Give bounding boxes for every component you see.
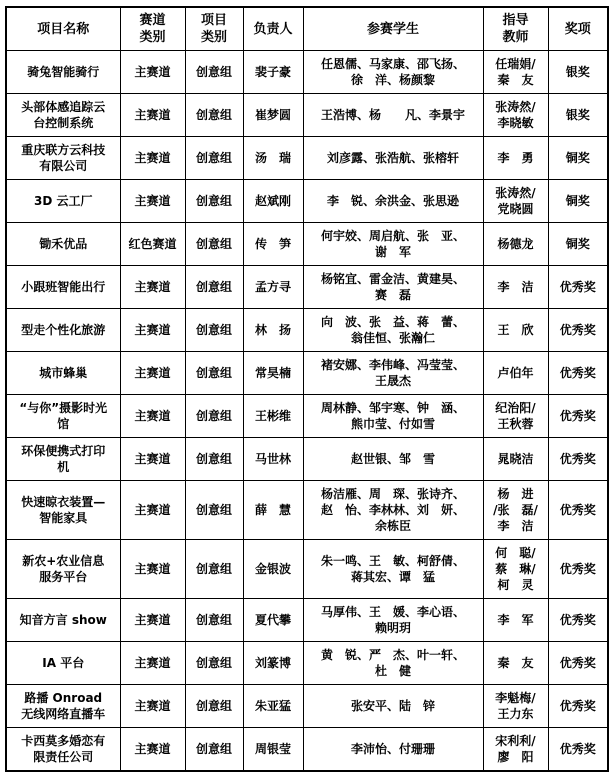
cell-category: 创意组 (185, 180, 243, 223)
cell-category: 创意组 (185, 352, 243, 395)
cell-track: 红色赛道 (120, 223, 185, 266)
cell-students: 李 锐、余洪金、张思逊 (303, 180, 483, 223)
cell-teachers: 任瑞娟/ 秦 友 (483, 51, 548, 94)
cell-track: 主赛道 (120, 599, 185, 642)
table-header: 项目名称赛道 类别项目 类别负责人参赛学生指导 教师奖项 (6, 7, 608, 51)
cell-category: 创意组 (185, 266, 243, 309)
cell-students: 褚安娜、李伟峰、冯莹莹、 王晟杰 (303, 352, 483, 395)
table-row: 知音方言 show主赛道创意组夏代攀马厚伟、王 媛、李心语、 赖明玥李 军优秀奖 (6, 599, 608, 642)
cell-category: 创意组 (185, 223, 243, 266)
column-header-students: 参赛学生 (303, 7, 483, 51)
cell-award: 铜奖 (548, 223, 608, 266)
cell-leader: 刘篆博 (243, 642, 303, 685)
cell-track: 主赛道 (120, 180, 185, 223)
cell-teachers: 李 勇 (483, 137, 548, 180)
cell-teachers: 王 欣 (483, 309, 548, 352)
cell-category: 创意组 (185, 51, 243, 94)
column-header-award: 奖项 (548, 7, 608, 51)
cell-category: 创意组 (185, 728, 243, 772)
cell-students: 周林静、邹宇寒、钟 涵、 熊巾莹、付如雪 (303, 395, 483, 438)
column-header-teachers: 指导 教师 (483, 7, 548, 51)
cell-project: 环保便携式打印机 (6, 438, 120, 481)
table-body: 骑兔智能骑行主赛道创意组裴子豪任恩儒、马家康、邵飞扬、 徐 洋、杨颜黎任瑞娟/ … (6, 51, 608, 772)
cell-students: 赵世银、邹 雪 (303, 438, 483, 481)
cell-award: 铜奖 (548, 180, 608, 223)
cell-students: 李沛怡、付珊珊 (303, 728, 483, 772)
table-row: 骑兔智能骑行主赛道创意组裴子豪任恩儒、马家康、邵飞扬、 徐 洋、杨颜黎任瑞娟/ … (6, 51, 608, 94)
cell-award: 优秀奖 (548, 395, 608, 438)
table-row: 小跟班智能出行主赛道创意组孟方寻杨铭宜、雷金洁、黄建昊、 赛 磊李 洁优秀奖 (6, 266, 608, 309)
table-row: 新农+农业信息服务平台主赛道创意组金银波朱一鸣、王 敏、柯舒倩、 蒋其宏、谭 猛… (6, 540, 608, 599)
table-row: 头部体感追踪云台控制系统主赛道创意组崔梦圆王浩博、杨 凡、李景宇张涛然/ 李晓敏… (6, 94, 608, 137)
cell-track: 主赛道 (120, 352, 185, 395)
table-row: 快速晾衣装置—智能家具主赛道创意组薛 慧杨洁雁、周 琛、张诗齐、 赵 怡、李林林… (6, 481, 608, 540)
cell-track: 主赛道 (120, 94, 185, 137)
cell-teachers: 杨 进 /张 磊/ 李 洁 (483, 481, 548, 540)
cell-students: 任恩儒、马家康、邵飞扬、 徐 洋、杨颜黎 (303, 51, 483, 94)
cell-project: 小跟班智能出行 (6, 266, 120, 309)
cell-track: 主赛道 (120, 481, 185, 540)
cell-category: 创意组 (185, 438, 243, 481)
cell-leader: 周银莹 (243, 728, 303, 772)
table-row: 重庆联方云科技有限公司主赛道创意组汤 瑞刘彦露、张浩航、张榕轩李 勇铜奖 (6, 137, 608, 180)
cell-leader: 孟方寻 (243, 266, 303, 309)
cell-project: 骑兔智能骑行 (6, 51, 120, 94)
cell-teachers: 秦 友 (483, 642, 548, 685)
table-row: 型走个性化旅游主赛道创意组林 扬向 波、张 益、蒋 蕾、 翁佳恒、张瀚仁王 欣优… (6, 309, 608, 352)
cell-teachers: 张涛然/ 党晓圆 (483, 180, 548, 223)
cell-track: 主赛道 (120, 51, 185, 94)
cell-students: 杨洁雁、周 琛、张诗齐、 赵 怡、李林林、刘 妍、 余栋臣 (303, 481, 483, 540)
cell-category: 创意组 (185, 395, 243, 438)
cell-award: 优秀奖 (548, 438, 608, 481)
cell-students: 王浩博、杨 凡、李景宇 (303, 94, 483, 137)
cell-track: 主赛道 (120, 438, 185, 481)
cell-teachers: 李魁梅/ 王力东 (483, 685, 548, 728)
column-header-leader: 负责人 (243, 7, 303, 51)
cell-project: 城市蜂巢 (6, 352, 120, 395)
cell-track: 主赛道 (120, 685, 185, 728)
cell-students: 黄 锐、严 杰、叶一轩、 杜 健 (303, 642, 483, 685)
cell-leader: 薛 慧 (243, 481, 303, 540)
cell-teachers: 晁晓洁 (483, 438, 548, 481)
cell-teachers: 张涛然/ 李晓敏 (483, 94, 548, 137)
cell-category: 创意组 (185, 481, 243, 540)
cell-teachers: 宋利利/ 廖 阳 (483, 728, 548, 772)
table-row: 路播 Onroad 无线网络直播车主赛道创意组朱亚猛张安平、陆 锌李魁梅/ 王力… (6, 685, 608, 728)
cell-teachers: 何 聪/ 蔡 琳/ 柯 灵 (483, 540, 548, 599)
cell-leader: 汤 瑞 (243, 137, 303, 180)
table-row: “与你”摄影时光馆主赛道创意组王彬维周林静、邹宇寒、钟 涵、 熊巾莹、付如雪纪治… (6, 395, 608, 438)
cell-teachers: 杨德龙 (483, 223, 548, 266)
cell-award: 优秀奖 (548, 728, 608, 772)
table-row: 锄禾优品红色赛道创意组传 笋何宇姣、周启航、张 亚、 谢 军杨德龙铜奖 (6, 223, 608, 266)
cell-project: 3D 云工厂 (6, 180, 120, 223)
cell-award: 优秀奖 (548, 642, 608, 685)
cell-leader: 朱亚猛 (243, 685, 303, 728)
cell-teachers: 李 军 (483, 599, 548, 642)
cell-category: 创意组 (185, 642, 243, 685)
cell-students: 杨铭宜、雷金洁、黄建昊、 赛 磊 (303, 266, 483, 309)
cell-award: 优秀奖 (548, 309, 608, 352)
header-row: 项目名称赛道 类别项目 类别负责人参赛学生指导 教师奖项 (6, 7, 608, 51)
cell-leader: 裴子豪 (243, 51, 303, 94)
cell-leader: 王彬维 (243, 395, 303, 438)
cell-project: 快速晾衣装置—智能家具 (6, 481, 120, 540)
cell-award: 优秀奖 (548, 685, 608, 728)
column-header-category: 项目 类别 (185, 7, 243, 51)
cell-leader: 马世林 (243, 438, 303, 481)
cell-award: 优秀奖 (548, 481, 608, 540)
cell-award: 优秀奖 (548, 599, 608, 642)
column-header-project: 项目名称 (6, 7, 120, 51)
table-row: 3D 云工厂主赛道创意组赵斌刚李 锐、余洪金、张思逊张涛然/ 党晓圆铜奖 (6, 180, 608, 223)
table-row: 卡西莫多婚恋有限责任公司主赛道创意组周银莹李沛怡、付珊珊宋利利/ 廖 阳优秀奖 (6, 728, 608, 772)
cell-leader: 常昊楠 (243, 352, 303, 395)
table-row: 城市蜂巢主赛道创意组常昊楠褚安娜、李伟峰、冯莹莹、 王晟杰卢伯年优秀奖 (6, 352, 608, 395)
table-row: 环保便携式打印机主赛道创意组马世林赵世银、邹 雪晁晓洁优秀奖 (6, 438, 608, 481)
cell-leader: 崔梦圆 (243, 94, 303, 137)
cell-project: 锄禾优品 (6, 223, 120, 266)
cell-students: 马厚伟、王 媛、李心语、 赖明玥 (303, 599, 483, 642)
cell-leader: 金银波 (243, 540, 303, 599)
cell-category: 创意组 (185, 599, 243, 642)
cell-track: 主赛道 (120, 395, 185, 438)
cell-award: 优秀奖 (548, 352, 608, 395)
cell-students: 朱一鸣、王 敏、柯舒倩、 蒋其宏、谭 猛 (303, 540, 483, 599)
cell-project: 头部体感追踪云台控制系统 (6, 94, 120, 137)
cell-leader: 夏代攀 (243, 599, 303, 642)
cell-track: 主赛道 (120, 309, 185, 352)
cell-teachers: 卢伯年 (483, 352, 548, 395)
cell-award: 铜奖 (548, 137, 608, 180)
table-row: IA 平台主赛道创意组刘篆博黄 锐、严 杰、叶一轩、 杜 健秦 友优秀奖 (6, 642, 608, 685)
cell-leader: 林 扬 (243, 309, 303, 352)
cell-category: 创意组 (185, 94, 243, 137)
cell-project: “与你”摄影时光馆 (6, 395, 120, 438)
cell-track: 主赛道 (120, 728, 185, 772)
cell-students: 刘彦露、张浩航、张榕轩 (303, 137, 483, 180)
column-header-track: 赛道 类别 (120, 7, 185, 51)
cell-project: 型走个性化旅游 (6, 309, 120, 352)
cell-track: 主赛道 (120, 540, 185, 599)
cell-category: 创意组 (185, 309, 243, 352)
cell-category: 创意组 (185, 137, 243, 180)
cell-students: 向 波、张 益、蒋 蕾、 翁佳恒、张瀚仁 (303, 309, 483, 352)
cell-project: 知音方言 show (6, 599, 120, 642)
cell-award: 银奖 (548, 51, 608, 94)
cell-track: 主赛道 (120, 137, 185, 180)
cell-project: IA 平台 (6, 642, 120, 685)
cell-project: 重庆联方云科技有限公司 (6, 137, 120, 180)
cell-project: 卡西莫多婚恋有限责任公司 (6, 728, 120, 772)
cell-track: 主赛道 (120, 266, 185, 309)
cell-leader: 赵斌刚 (243, 180, 303, 223)
cell-award: 优秀奖 (548, 266, 608, 309)
cell-category: 创意组 (185, 685, 243, 728)
cell-teachers: 纪治阳/ 王秋蓉 (483, 395, 548, 438)
cell-students: 何宇姣、周启航、张 亚、 谢 军 (303, 223, 483, 266)
cell-project: 路播 Onroad 无线网络直播车 (6, 685, 120, 728)
cell-award: 优秀奖 (548, 540, 608, 599)
cell-teachers: 李 洁 (483, 266, 548, 309)
cell-students: 张安平、陆 锌 (303, 685, 483, 728)
cell-award: 银奖 (548, 94, 608, 137)
cell-category: 创意组 (185, 540, 243, 599)
competition-awards-table: 项目名称赛道 类别项目 类别负责人参赛学生指导 教师奖项 骑兔智能骑行主赛道创意… (5, 6, 609, 772)
cell-project: 新农+农业信息服务平台 (6, 540, 120, 599)
cell-leader: 传 笋 (243, 223, 303, 266)
cell-track: 主赛道 (120, 642, 185, 685)
